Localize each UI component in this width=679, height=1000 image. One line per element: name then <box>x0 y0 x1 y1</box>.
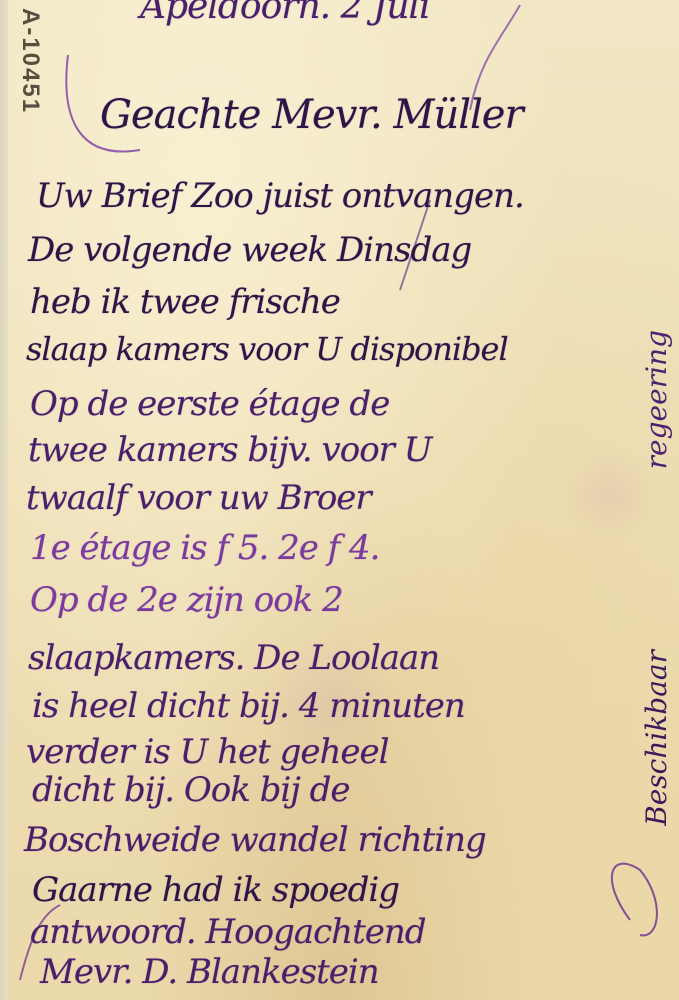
letter-line: twee kamers bijv. voor U <box>28 430 431 470</box>
letter-line: Uw Brief Zoo juist ontvangen. <box>36 176 524 216</box>
archive-number: A-10451 <box>4 8 44 158</box>
margin-note-upper: regeering <box>640 330 673 469</box>
letter-line: is heel dicht bij. 4 minuten <box>32 686 465 726</box>
scanned-letter-page: A-10451 Apeldoorn. 2 Juli Geachte Mevr. … <box>0 0 679 1000</box>
header-place-date: Apeldoorn. 2 Juli <box>140 0 430 27</box>
letter-line: Op de eerste étage de <box>30 384 389 424</box>
letter-line: slaapkamers. De Loolaan <box>28 638 439 678</box>
letter-line: verder is U het geheel <box>26 732 389 772</box>
salutation: Geachte Mevr. Müller <box>100 92 523 138</box>
letter-line: Gaarne had ik spoedig <box>32 870 399 910</box>
letter-line: antwoord. Hoogachtend <box>30 912 426 952</box>
letter-line: slaap kamers voor U disponibel <box>26 330 508 368</box>
letter-line: dicht bij. Ook bij de <box>32 770 349 810</box>
signature: Mevr. D. Blankestein <box>40 952 379 992</box>
letter-line: 1e étage is f 5. 2e f 4. <box>30 528 379 568</box>
letter-line: twaalf voor uw Broer <box>26 478 371 518</box>
letter-line: De volgende week Dinsdag <box>28 230 471 270</box>
letter-line: Op de 2e zijn ook 2 <box>30 580 343 620</box>
letter-line: Boschweide wandel richting <box>24 820 486 860</box>
letter-line: heb ik twee frische <box>30 282 340 322</box>
margin-note-lower: Beschikbaar <box>640 650 673 826</box>
